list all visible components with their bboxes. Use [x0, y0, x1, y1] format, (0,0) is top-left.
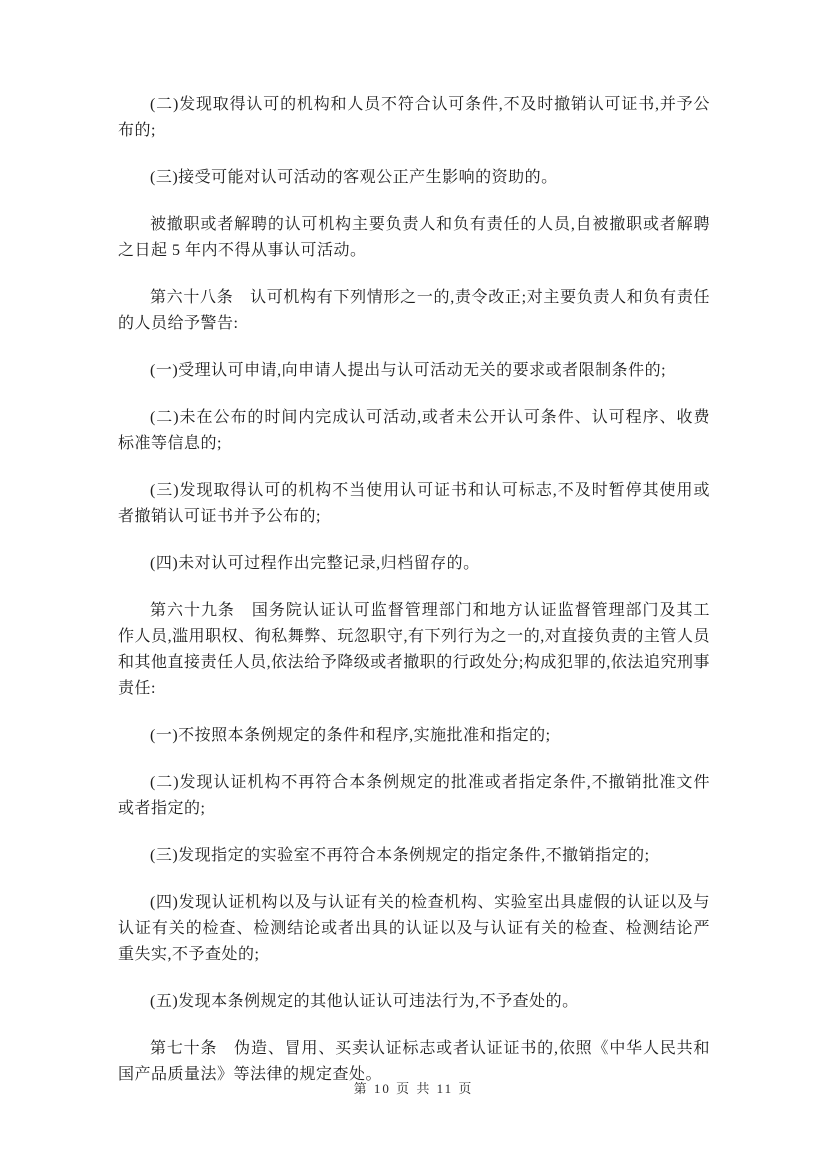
paragraph-item-3: (三)接受可能对认可活动的客观公正产生影响的资助的。 — [118, 165, 710, 191]
paragraph-article-69-item-1: (一)不按照本条例规定的条件和程序,实施批准和指定的; — [118, 723, 710, 749]
paragraph-article-68: 第六十八条 认可机构有下列情形之一的,责令改正;对主要负责人和负有责任的人员给予… — [118, 285, 710, 337]
paragraph-article-68-item-2: (二)未在公布的时间内完成认可活动,或者未公开认可条件、认可程序、收费标准等信息… — [118, 405, 710, 457]
page-number-footer: 第 10 页 共 11 页 — [0, 1080, 827, 1098]
paragraph-article-69: 第六十九条 国务院认证认可监督管理部门和地方认证监督管理部门及其工作人员,滥用职… — [118, 598, 710, 702]
paragraph-article-69-item-4: (四)发现认证机构以及与认证有关的检查机构、实验室出具虚假的认证以及与认证有关的… — [118, 890, 710, 968]
paragraph-article-68-item-3: (三)发现取得认可的机构不当使用认可证书和认可标志,不及时暂停其使用或者撤销认可… — [118, 478, 710, 530]
paragraph-article-69-item-2: (二)发现认证机构不再符合本条例规定的批准或者指定条件,不撤销批准文件或者指定的… — [118, 770, 710, 822]
document-body: (二)发现取得认可的机构和人员不符合认可条件,不及时撤销认可证书,并予公布的; … — [118, 92, 710, 1109]
paragraph-article-68-item-4: (四)未对认可过程作出完整记录,归档留存的。 — [118, 551, 710, 577]
paragraph-article-69-item-3: (三)发现指定的实验室不再符合本条例规定的指定条件,不撤销指定的; — [118, 843, 710, 869]
paragraph-article-68-item-1: (一)受理认可申请,向申请人提出与认可活动无关的要求或者限制条件的; — [118, 358, 710, 384]
document-page: (二)发现取得认可的机构和人员不符合认可条件,不及时撤销认可证书,并予公布的; … — [0, 0, 827, 1170]
paragraph-article-69-item-5: (五)发现本条例规定的其他认证认可违法行为,不予查处的。 — [118, 989, 710, 1015]
paragraph-dismissal-rule: 被撤职或者解聘的认可机构主要负责人和负有责任的人员,自被撤职或者解聘之日起 5 … — [118, 212, 710, 264]
paragraph-item-2: (二)发现取得认可的机构和人员不符合认可条件,不及时撤销认可证书,并予公布的; — [118, 92, 710, 144]
